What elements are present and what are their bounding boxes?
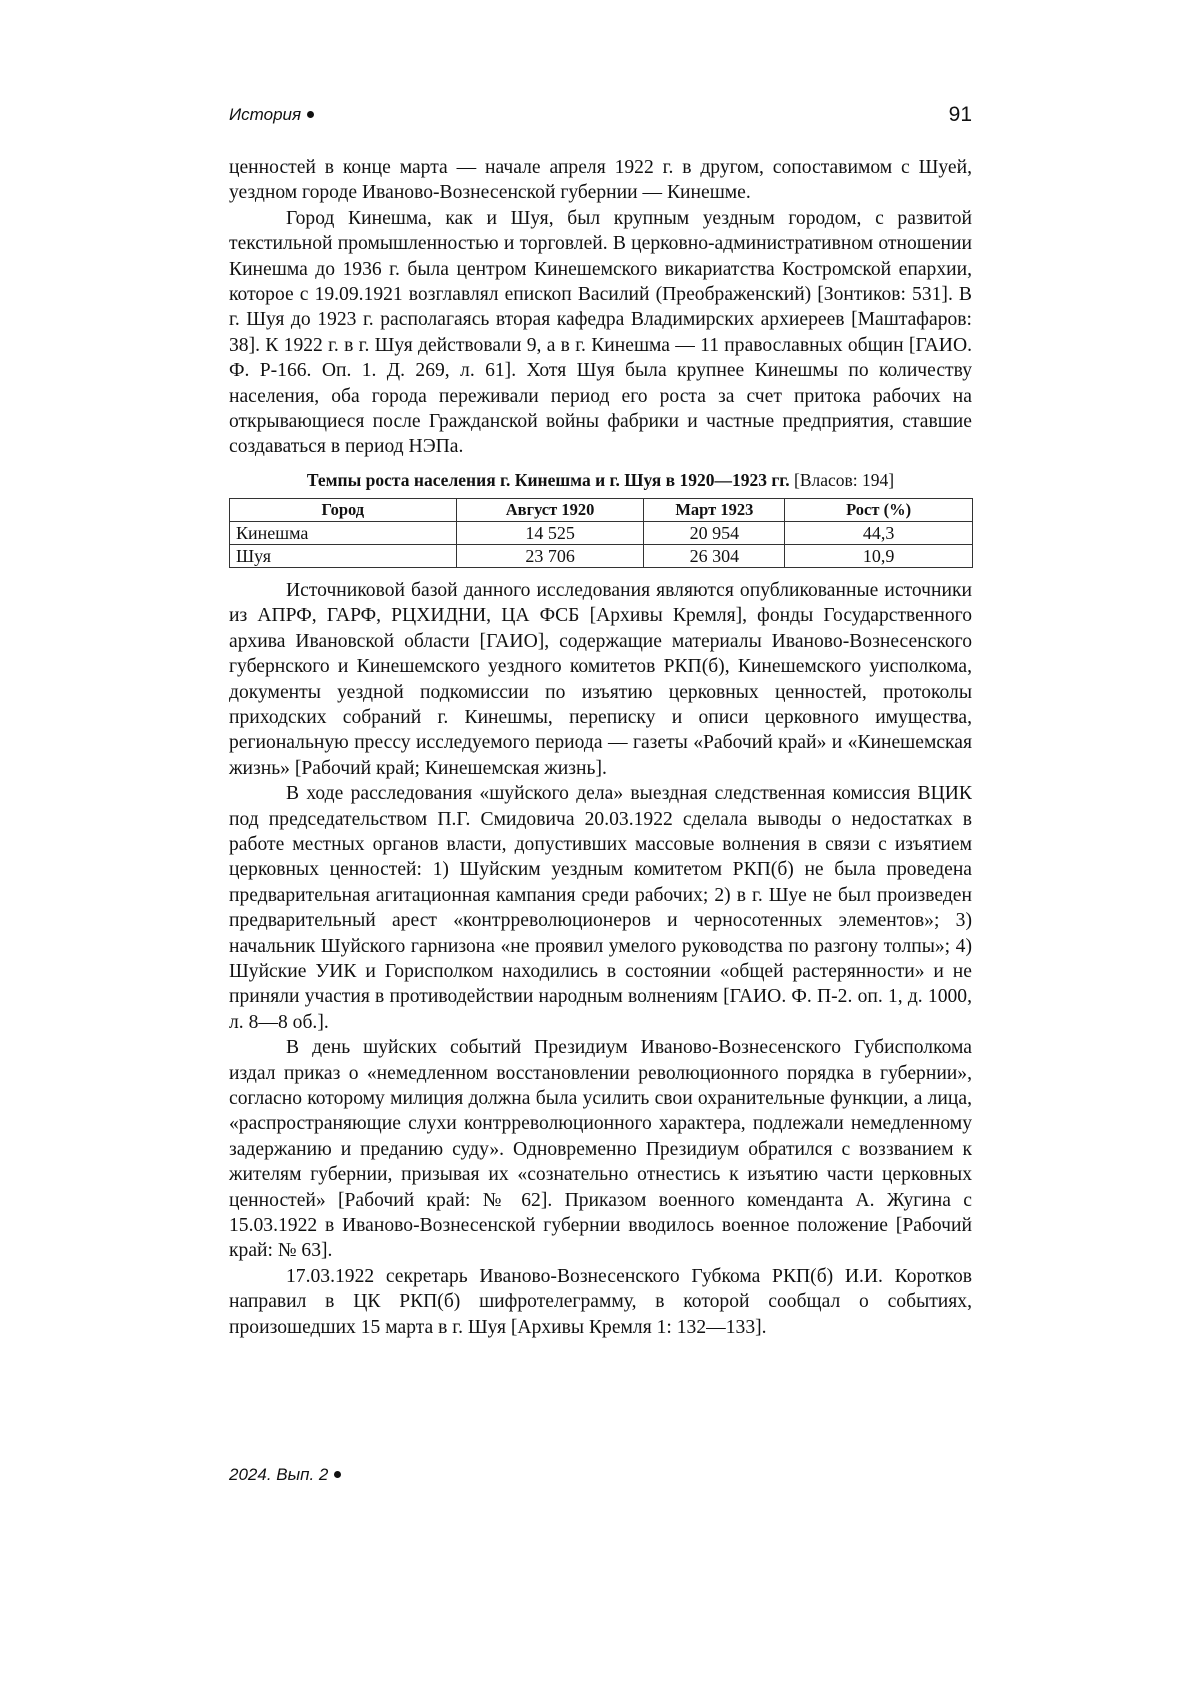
column-header-city: Город — [230, 498, 457, 521]
table-row: Шуя 23 706 26 304 10,9 — [230, 544, 973, 567]
table-caption-title: Темпы роста населения г. Кинешма и г. Шу… — [307, 470, 790, 490]
paragraph: Город Кинешма, как и Шуя, был крупным уе… — [229, 206, 972, 460]
issue-label: 2024. Вып. 2 — [229, 1465, 328, 1484]
article-body: ценностей в конце марта — начале апреля … — [229, 155, 972, 1340]
table-row: Кинешма 14 525 20 954 44,3 — [230, 521, 973, 544]
paragraph: Источниковой базой данного исследования … — [229, 578, 972, 781]
column-header-mar-1923: Март 1923 — [644, 498, 785, 521]
cell-mar-1923: 20 954 — [644, 521, 785, 544]
table-caption-source: [Власов: 194] — [794, 470, 894, 490]
column-header-growth: Рост (%) — [785, 498, 973, 521]
bullet-icon — [307, 111, 314, 118]
cell-aug-1920: 23 706 — [456, 544, 644, 567]
column-header-aug-1920: Август 1920 — [456, 498, 644, 521]
paragraph: 17.03.1922 секретарь Иваново-Вознесенско… — [229, 1264, 972, 1340]
cell-growth: 10,9 — [785, 544, 973, 567]
paragraph: В день шуйских событий Президиум Иваново… — [229, 1035, 972, 1264]
bullet-icon — [334, 1471, 341, 1478]
paragraph: В ходе расследования «шуйского дела» вые… — [229, 781, 972, 1035]
page-number: 91 — [949, 103, 972, 127]
cell-city: Кинешма — [230, 521, 457, 544]
cell-mar-1923: 26 304 — [644, 544, 785, 567]
cell-growth: 44,3 — [785, 521, 973, 544]
running-head: История 91 — [229, 103, 972, 129]
section-title: История — [229, 105, 301, 124]
running-head-section: История — [229, 105, 314, 125]
table-header-row: Город Август 1920 Март 1923 Рост (%) — [230, 498, 973, 521]
table-caption: Темпы роста населения г. Кинешма и г. Шу… — [229, 468, 972, 492]
running-foot: 2024. Вып. 2 — [229, 1465, 341, 1485]
paragraph: ценностей в конце марта — начале апреля … — [229, 155, 972, 206]
cell-city: Шуя — [230, 544, 457, 567]
population-growth-table: Город Август 1920 Март 1923 Рост (%) Кин… — [229, 498, 973, 568]
cell-aug-1920: 14 525 — [456, 521, 644, 544]
